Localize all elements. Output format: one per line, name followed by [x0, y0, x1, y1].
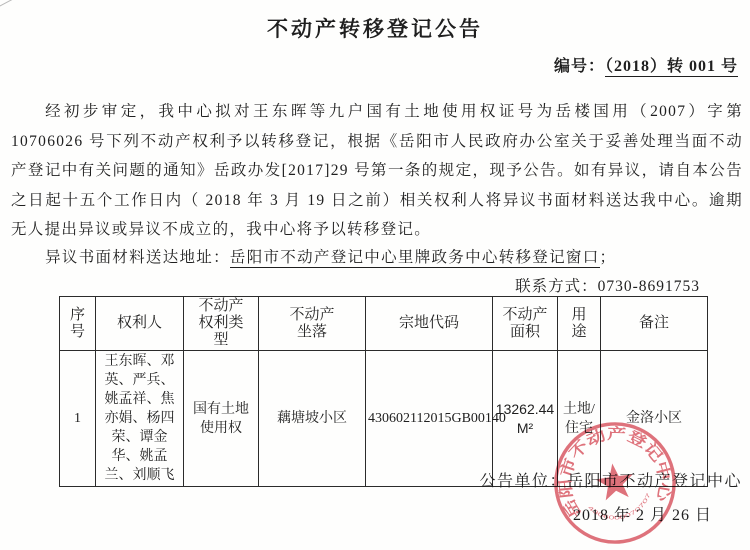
table-row: 1 王东晖、邓英、严兵、姚孟祥、焦亦娟、杨四荣、谭金华、姚孟兰、刘顺飞 国有土地… — [60, 351, 708, 487]
header-usage: 用途 — [558, 297, 601, 351]
header-holders: 权利人 — [96, 297, 184, 351]
announcement-document: 不动产转移登记公告 编号：（2018）转 001 号 经初步审定，我中心拟对王东… — [0, 0, 750, 550]
cell-location: 藕塘坡小区 — [259, 351, 366, 487]
address-tail: ； — [600, 249, 617, 266]
objection-address-line: 异议书面材料送达地址：岳阳市不动产登记中心里牌政务中心转移登记窗口； — [11, 243, 743, 272]
doc-number-line: 编号：（2018）转 001 号 — [554, 53, 738, 76]
unit-label: 公告单位： — [479, 473, 567, 490]
cell-right-type: 国有土地使用权 — [184, 351, 259, 487]
header-seq: 序号 — [60, 297, 96, 351]
header-location: 不动产坐落 — [259, 297, 366, 351]
table-header-row: 序号 权利人 不动产权利类型 不动产坐落 宗地代码 不动产面积 用途 备注 — [60, 297, 708, 351]
header-area: 不动产面积 — [493, 297, 558, 351]
announcement-date: 2018 年 2 月 26 日 — [573, 502, 712, 525]
cell-holders: 王东晖、邓英、严兵、姚孟祥、焦亦娟、杨四荣、谭金华、姚孟兰、刘顺飞 — [96, 351, 184, 487]
cell-remark: 金洛小区 — [601, 351, 708, 487]
cell-parcel-code: 430602112015GB00140 — [366, 351, 493, 487]
address-value: 岳阳市不动产登记中心里牌政务中心转移登记窗口 — [230, 249, 600, 268]
cell-seq: 1 — [60, 351, 96, 487]
header-right-type: 不动产权利类型 — [184, 297, 259, 351]
announcement-body-paragraph: 经初步审定，我中心拟对王东晖等九户国有土地使用权证号为岳楼国用（2007）字第 … — [11, 97, 743, 245]
doc-number-label: 编号： — [554, 58, 605, 75]
header-remark: 备注 — [601, 297, 708, 351]
unit-name: 岳阳市不动产登记中心 — [567, 473, 742, 490]
address-label: 异议书面材料送达地址： — [45, 249, 230, 266]
contact-label: 联系方式： — [515, 278, 598, 295]
registration-table: 序号 权利人 不动产权利类型 不动产坐落 宗地代码 不动产面积 用途 备注 1 … — [59, 296, 708, 487]
page-title: 不动产转移登记公告 — [0, 13, 750, 43]
cell-usage: 土地/住宅 — [558, 351, 601, 487]
header-parcel-code: 宗地代码 — [366, 297, 493, 351]
scan-artifact-line — [0, 0, 32, 8]
doc-number-value: （2018）转 001 号 — [605, 58, 738, 77]
contact-phone-value: 0730-8691753 — [598, 278, 700, 297]
announcing-unit-line: 公告单位：岳阳市不动产登记中心 — [479, 468, 742, 491]
